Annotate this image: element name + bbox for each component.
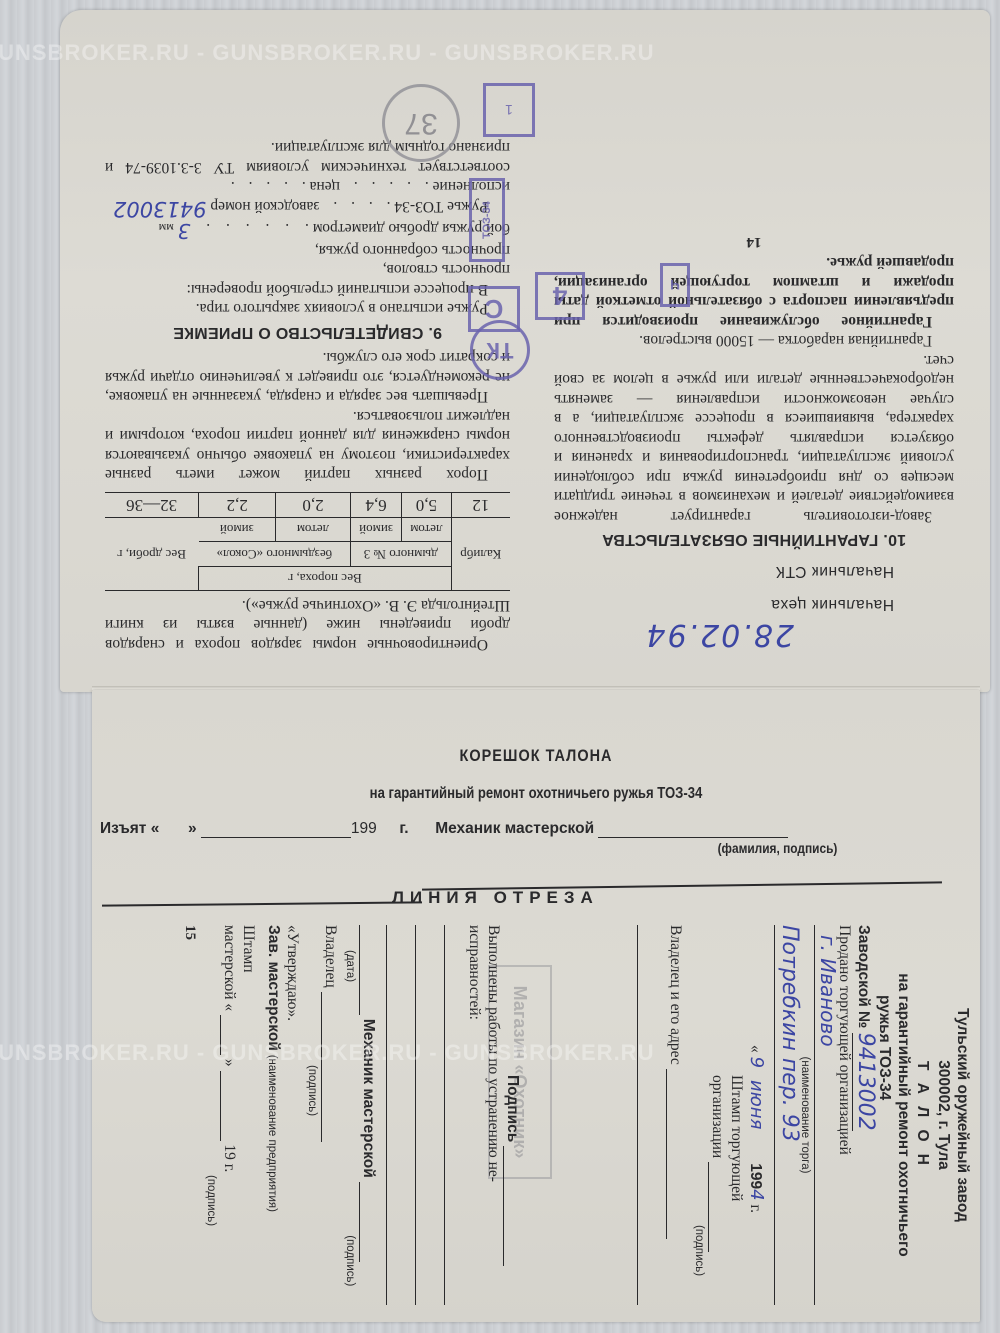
talon-signature-line: Подпись: [503, 1075, 522, 1305]
th-powder: Вес пороха, г: [199, 567, 451, 592]
mechanic-signature-field[interactable]: [359, 1182, 374, 1262]
cell-smokeless-summer: 2,0: [276, 493, 351, 518]
page-number-15: 15: [180, 925, 199, 1305]
s9-item3: бой ружья дробью диаметром . . . . . . 3…: [105, 218, 510, 241]
stamp-small-ch: Ч: [660, 263, 690, 307]
s9-item1: прочность стволов,: [105, 260, 510, 280]
repair-date-field[interactable]: [359, 925, 374, 1015]
powder-batch-note: Порох разных партий может иметь разные х…: [105, 407, 510, 485]
approve-label: «Утверждаю».: [283, 925, 302, 1305]
stamp-circle-37: 37: [382, 84, 460, 162]
owner-sig-hint: (подпись): [302, 1065, 321, 1305]
talon-purpose-1: на гарантийный ремонт охотничьего: [894, 925, 913, 1305]
stamp-4: 4: [535, 272, 585, 320]
ws-month-field[interactable]: [220, 1071, 235, 1141]
cell-smokeless-winter: 2,2: [199, 493, 276, 518]
cell-shot: 32—36: [105, 493, 199, 518]
th-summer: летом: [276, 518, 351, 543]
warranty-para3: Гарантийное обслуживание производится пр…: [554, 253, 954, 331]
stub-subtitle: на гарантийный ремонт охотничьего ружья …: [172, 785, 900, 803]
date-hint-row: (дата) (подпись): [340, 925, 359, 1305]
ws-day-field[interactable]: [220, 1015, 235, 1055]
cut-rule-left: [102, 901, 422, 906]
stub-mechanic-field[interactable]: [598, 823, 788, 838]
head-of-qc-label: Начальник СТК: [554, 562, 894, 582]
s9-line2: В процессе испытаний стрельбой проверены…: [105, 280, 510, 300]
th-smoky: дымного № 3: [350, 542, 451, 567]
page-14-content: Ориентировочные нормы зарядов пороха и с…: [60, 10, 990, 692]
works-field-3[interactable]: [386, 925, 407, 1305]
stamp-gun-model: ТОЗ-34: [469, 178, 505, 262]
warranty-column: 28.02.94 Начальник цеха Начальник СТК 10…: [554, 232, 954, 653]
seller-field[interactable]: г. Иваново: [814, 925, 835, 1305]
talon-rotated-content: Тульский оружейный завод 300002, г. Тула…: [102, 915, 972, 1315]
owner-signature-line: Владелец: [321, 925, 340, 1305]
talon-title: Т А Л О Н: [913, 925, 932, 1305]
passport-page-14: Ориентировочные нормы зарядов пороха и с…: [60, 10, 990, 692]
seller-stamp-label: Штамп торгующей организации (подпись): [689, 1075, 746, 1305]
talon-serial-handwritten: 9413002: [852, 1033, 878, 1131]
stub-mechanic-label: Механик мастерской: [435, 820, 594, 838]
table-row: 12 5,0 6,4 2,0 2,2 32—36: [105, 493, 510, 518]
head-of-workshop-label: Начальник цеха: [554, 595, 894, 615]
works-done-label: Выполнены работы по устранению не- испра…: [465, 925, 503, 1305]
cut-line-label: ЛИНИЯ ОТРЕЗА: [392, 888, 599, 908]
charge-and-acceptance-column: Ориентировочные нормы зарядов пороха и с…: [105, 138, 510, 654]
owner-address-label: Владелец и его адрес: [666, 925, 685, 1305]
seller-address-field[interactable]: Потребкин пер. 93: [774, 925, 795, 1305]
th-caliber: Калибр: [451, 518, 510, 592]
s9-serial-line: Ружье ТОЗ-34 . . . . заводской номер 941…: [105, 197, 510, 219]
serial-handwritten: 9413002: [113, 197, 207, 221]
overcharge-warning: Превышать вес заряда и снаряда, указанны…: [105, 348, 510, 407]
section-10-title: 10. ГАРАНТИЙНЫЕ ОБЯЗАТЕЛЬСТВА: [554, 530, 954, 550]
talon-repair-column: Подпись Выполнены работы по устранению н…: [180, 925, 522, 1305]
owner-address-field-2[interactable]: [637, 925, 658, 1305]
charge-norms-intro: Ориентировочные нормы зарядов пороха и с…: [105, 596, 510, 655]
th-winter: зимой: [350, 518, 401, 543]
owner-address-field[interactable]: [666, 1069, 681, 1239]
talon-area: Тульский оружейный завод 300002, г. Тула…: [102, 915, 972, 1315]
cell-smoky-summer: 5,0: [402, 493, 451, 518]
stub-title: КОРЕШОК ТАЛОНА: [159, 746, 914, 766]
works-field-1[interactable]: [444, 925, 465, 1305]
coupon-stub: КОРЕШОК ТАЛОНА на гарантийный ремонт охо…: [92, 690, 980, 905]
warranty-para1: Завод-изготовитель гарантирует надежное …: [554, 351, 954, 527]
stub-withdrawn-line: Изъят « » 199 г. Механик мастерской: [100, 820, 900, 838]
factory-name: Тульский оружейный завод: [953, 925, 972, 1305]
stub-mechanic-hint: (фамилия, подпись): [718, 840, 838, 856]
talon-seller-column: Тульский оружейный завод 300002, г. Тула…: [629, 925, 972, 1305]
sale-date-line: « 9 июня 1994 г.: [746, 1045, 766, 1305]
workshop-stamp-line: Штамп мастерской « » 19 г. (подпись): [201, 925, 258, 1305]
factory-address: 300002, г. Тула: [934, 925, 953, 1305]
cell-smoky-winter: 6,4: [350, 493, 401, 518]
s9-item2: прочность собранного ружья,: [105, 241, 510, 261]
th-winter: зимой: [199, 518, 276, 543]
s9-exec-line: исполнение . . . . . цена . . . . .: [105, 177, 510, 197]
stamp-square-1: 1: [483, 83, 535, 137]
page-number-14: 14: [554, 232, 954, 252]
cell-caliber: 12: [451, 493, 510, 518]
charge-norms-table: Калибр Вес пороха, г Вес дроби, г дымног…: [105, 493, 510, 592]
workshop-head-line: Зав. мастерской (наименование предприяти…: [262, 925, 283, 1305]
th-summer: летом: [402, 518, 451, 543]
passport-page-15-coupon: КОРЕШОК ТАЛОНА на гарантийный ремонт охо…: [92, 690, 980, 1322]
s9-line1: Ружье испытано в условиях закрытого тира…: [105, 299, 510, 319]
shot-diameter-handwritten: 3: [178, 220, 191, 244]
section-9-title: 9. СВИДЕТЕЛЬСТВО О ПРИЕМКЕ: [105, 323, 510, 343]
stamp-tk-circle: ТК: [470, 320, 530, 380]
th-smokeless: бездымного «Сокол»: [199, 542, 351, 567]
withdrawn-month-field[interactable]: [201, 823, 351, 838]
works-field-2[interactable]: [415, 925, 436, 1305]
th-shot: Вес дроби, г: [105, 518, 199, 592]
owner-signature-field[interactable]: [321, 992, 336, 1142]
acceptance-date-handwritten: 28.02.94: [554, 625, 794, 645]
warranty-para2: Гарантийная наработка — 15000 выстрелов.: [554, 331, 954, 351]
mechanic-sign-line: Механик мастерской: [359, 925, 378, 1305]
talon-serial-line: Заводской № 9413002: [854, 925, 875, 1305]
talon-signature-field[interactable]: [503, 1146, 518, 1266]
